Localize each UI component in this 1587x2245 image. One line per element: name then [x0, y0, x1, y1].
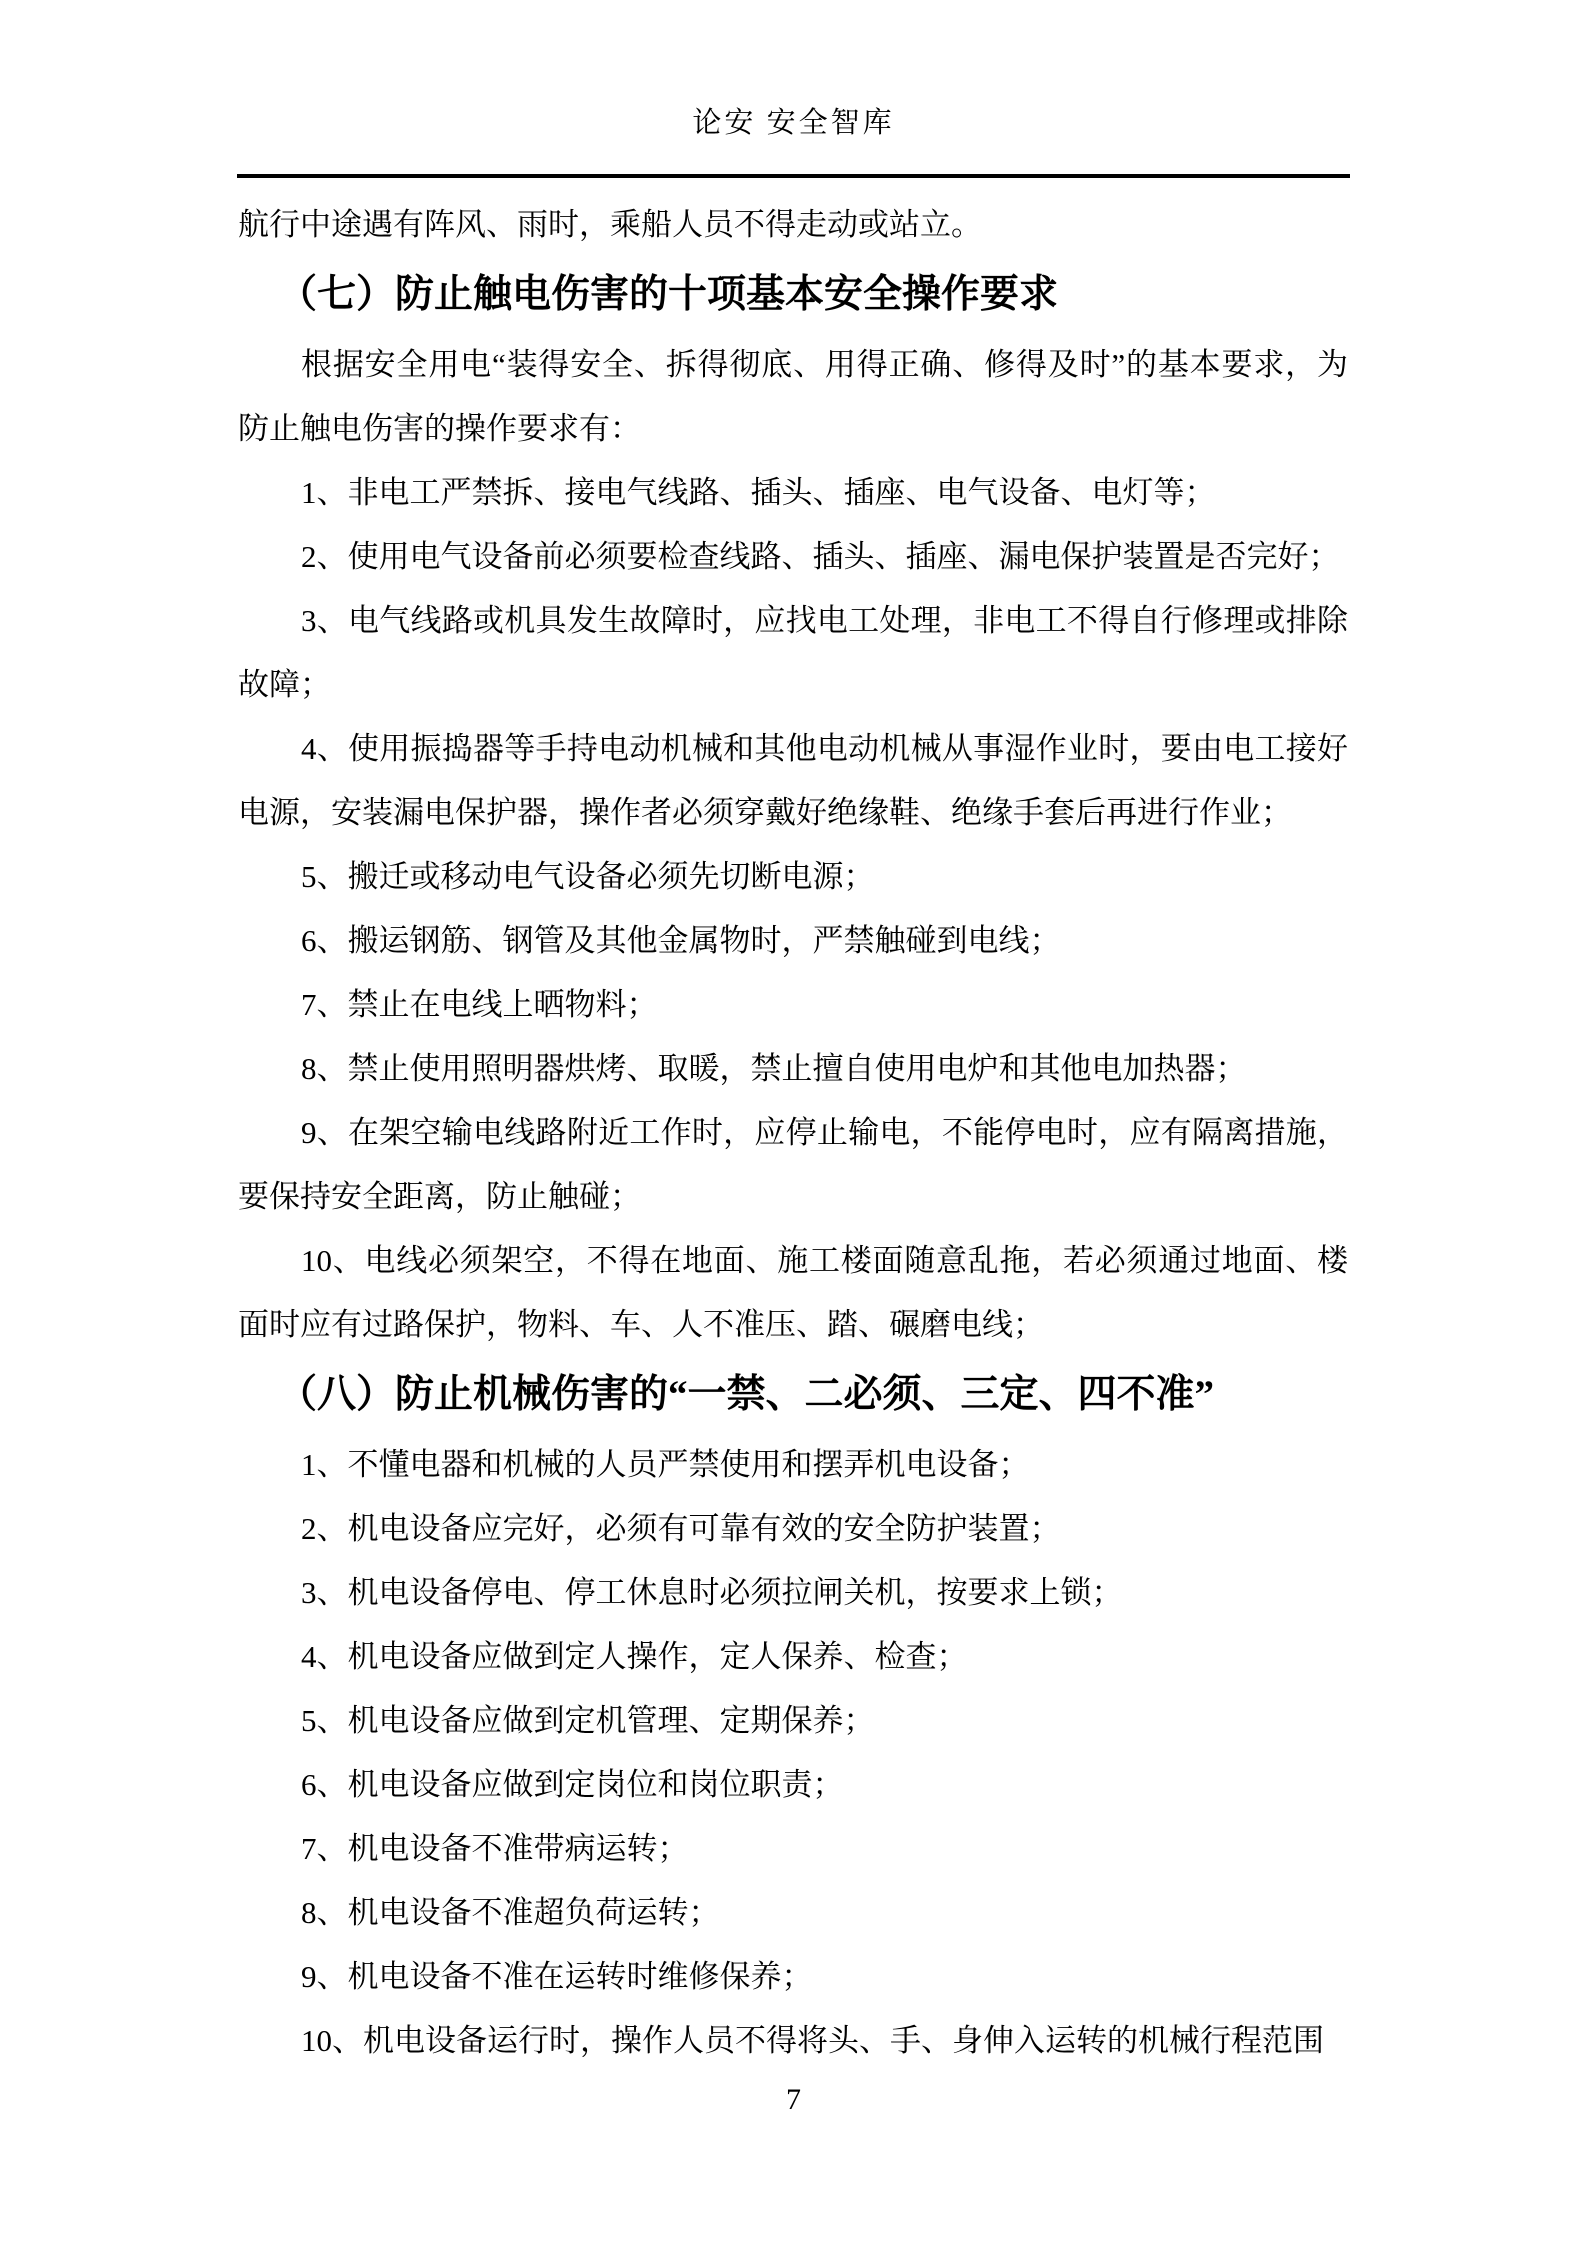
paragraph: 7、机电设备不准带病运转； [238, 1817, 1348, 1881]
page-number: 7 [0, 2082, 1587, 2118]
section-heading: （七）防止触电伤害的十项基本安全操作要求 [238, 257, 1348, 333]
paragraph: 9、机电设备不准在运转时维修保养； [238, 1945, 1348, 2009]
paragraph: 4、使用振捣器等手持电动机械和其他电动机械从事湿作业时，要由电工接好电源，安装漏… [238, 717, 1348, 845]
paragraph: 6、搬运钢筋、钢管及其他金属物时，严禁触碰到电线； [238, 909, 1348, 973]
paragraph: 3、机电设备停电、停工休息时必须拉闸关机，按要求上锁； [238, 1561, 1348, 1625]
paragraph: 1、不懂电器和机械的人员严禁使用和摆弄机电设备； [238, 1433, 1348, 1497]
paragraph: 3、电气线路或机具发生故障时，应找电工处理，非电工不得自行修理或排除故障； [238, 589, 1348, 717]
paragraph: 8、禁止使用照明器烘烤、取暖，禁止擅自使用电炉和其他电加热器； [238, 1037, 1348, 1101]
header-brand: 论安 安全智库 [0, 104, 1587, 142]
paragraph: 10、电线必须架空，不得在地面、施工楼面随意乱拖，若必须通过地面、楼面时应有过路… [238, 1229, 1348, 1357]
paragraph: 10、机电设备运行时，操作人员不得将头、手、身伸入运转的机械行程范围 [238, 2009, 1348, 2073]
document-body: 航行中途遇有阵风、雨时，乘船人员不得走动或站立。（七）防止触电伤害的十项基本安全… [238, 193, 1348, 2073]
section-heading: （八）防止机械伤害的“一禁、二必须、三定、四不准” [238, 1357, 1348, 1433]
paragraph: 9、在架空输电线路附近工作时，应停止输电，不能停电时，应有隔离措施，要保持安全距… [238, 1101, 1348, 1229]
document-page: 论安 安全智库 航行中途遇有阵风、雨时，乘船人员不得走动或站立。（七）防止触电伤… [0, 0, 1587, 2245]
paragraph: 5、机电设备应做到定机管理、定期保养； [238, 1689, 1348, 1753]
paragraph: 4、机电设备应做到定人操作，定人保养、检查； [238, 1625, 1348, 1689]
paragraph: 1、非电工严禁拆、接电气线路、插头、插座、电气设备、电灯等； [238, 461, 1348, 525]
paragraph: 2、机电设备应完好，必须有可靠有效的安全防护装置； [238, 1497, 1348, 1561]
paragraph: 8、机电设备不准超负荷运转； [238, 1881, 1348, 1945]
paragraph: 6、机电设备应做到定岗位和岗位职责； [238, 1753, 1348, 1817]
paragraph: 7、禁止在电线上晒物料； [238, 973, 1348, 1037]
paragraph: 5、搬迁或移动电气设备必须先切断电源； [238, 845, 1348, 909]
paragraph: 根据安全用电“装得安全、拆得彻底、用得正确、修得及时”的基本要求，为防止触电伤害… [238, 333, 1348, 461]
header-divider [237, 174, 1350, 178]
paragraph: 2、使用电气设备前必须要检查线路、插头、插座、漏电保护装置是否完好； [238, 525, 1348, 589]
paragraph: 航行中途遇有阵风、雨时，乘船人员不得走动或站立。 [238, 193, 1348, 257]
